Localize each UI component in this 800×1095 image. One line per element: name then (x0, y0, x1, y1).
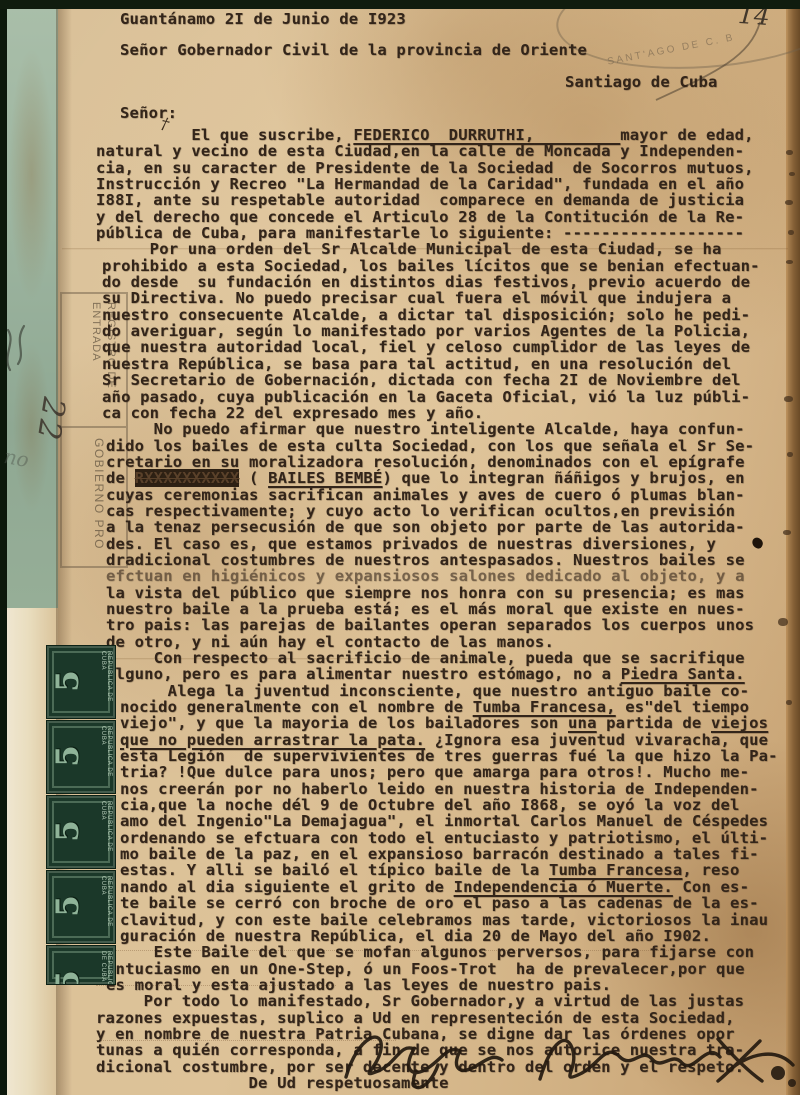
typed-text: Por una orden del Sr Alcalde Municipal d… (102, 240, 722, 258)
typed-text: efctuan en higiénicos y expansiosos salo… (106, 567, 745, 585)
book-binding-band (5, 6, 58, 608)
typed-text: cuyas ceremonias sacrifican animales y a… (106, 486, 745, 504)
stamp-country-label: REPUBLICA DE CUBA (100, 651, 112, 718)
typed-text: entuciasmo en un One-Step, ó un Foos-Tro… (106, 960, 745, 978)
postage-stamp: 5 REPUBLICA DE CUBA (46, 870, 116, 944)
stamp-country-label: REPUBLICA DE CUBA (100, 801, 112, 868)
handwritten-margin-scribble: no (2, 444, 31, 472)
typed-text: de otro, y ni aún hay el contacto de las… (106, 633, 554, 651)
letter-line: que nuestra autoridad local, fiel y celo… (102, 339, 778, 355)
letter-line: es moral y esta ajustado a las leyes de … (106, 977, 778, 993)
letter-line: Por todo lo manifestado, Sr Gobernador,y… (96, 993, 778, 1009)
letter-line: amo del Ingenio"La Demajagua", el inmort… (120, 813, 778, 829)
letter-line: estas. Y alli se bailó el típico baile d… (120, 862, 778, 878)
letter-line: cas respectivamente; y cuyo acto lo veri… (106, 503, 778, 519)
letter-line: de otro, y ni aún hay el contacto de las… (106, 634, 778, 650)
letter-line: que no pueden arrastrar la pata. ¿Ignora… (120, 732, 778, 748)
letter-line: viejo", y que la mayoria de los bailador… (120, 715, 778, 731)
letter-line: esta Legión de supervivientes de tres gu… (120, 748, 778, 764)
letter-body: El que suscribe, FEDERICO DURRUTHI, mayo… (96, 127, 778, 1091)
stamp-country-label: REPUBLICA DE CUBA (100, 876, 112, 943)
letter-line: efctuan en higiénicos y expansiosos salo… (106, 568, 778, 584)
letter-line: nocido generalmente con el nombre de Tum… (120, 699, 778, 715)
scan-top-edge (0, 0, 800, 9)
underlined-text: Tumba Francesa (549, 861, 682, 879)
postage-stamp: 5 REPUBLICA DE CUBA (46, 945, 116, 985)
ink-speck (784, 396, 793, 402)
letter-line: nos creerán por no haberlo leido en nues… (120, 781, 778, 797)
postage-stamp: 5 REPUBLICA DE CUBA (46, 645, 116, 719)
typed-text: des. El caso es, que estamos privados de… (106, 535, 716, 553)
typed-text: estas. Y alli se bailó el típico baile d… (120, 861, 549, 879)
typed-text: tro pais: las parejas de bailantes opera… (106, 616, 754, 634)
letter-line: dido los bailes de esta culta Sociedad, … (106, 438, 778, 454)
stamp-value: 5 (50, 820, 86, 842)
scan-left-edge (0, 0, 7, 1095)
letter-line: natural y vecino de esta Ciudad,en la ca… (96, 143, 778, 159)
handwritten-registry-number: 22 (29, 395, 72, 446)
scanned-letter-page: SANT'AGO DE C. B 14 † 22 no REGISTRO DE … (0, 0, 800, 1095)
letter-line: Alega la juventud inconsciente, que nues… (120, 683, 778, 699)
stamp-country-label: REPUBLICA DE CUBA (100, 726, 112, 793)
typed-text: tria? !Que dulce para unos; pero que ama… (120, 763, 749, 781)
postage-stamp: 5 REPUBLICA DE CUBA (46, 720, 116, 794)
ink-speck (786, 150, 793, 155)
typed-text: Por todo lo manifestado, Sr Gobernador,y… (96, 992, 744, 1010)
letter-line: entuciasmo en un One-Step, ó un Foos-Tro… (106, 961, 778, 977)
typed-text: Sr Secretario de Gobernación, dictada co… (102, 371, 741, 389)
underlined-text: viejos (711, 714, 768, 732)
letter-line: de RXXXXXXXXXX ( BAILES BEMBÉ) que lo in… (106, 470, 778, 486)
stamp-value: 5 (50, 970, 86, 985)
typed-text: la vista del público que siempre nos hon… (106, 584, 745, 602)
underlined-text: una (568, 714, 597, 732)
typed-text: No puedo afirmar que nuestro inteligente… (106, 420, 745, 438)
ink-speck (787, 452, 793, 457)
typed-text: año pasado, cuya publicación en la Gacet… (102, 388, 750, 406)
letter-line: nuestra República, se basa para tal acti… (102, 356, 778, 372)
stamp-value: 5 (50, 745, 86, 767)
ink-speck (786, 700, 792, 705)
letter-line: ca con fecha 22 del expresado mes y año. (102, 405, 778, 421)
postage-stamp: 5 REPUBLICA DE CUBA (46, 795, 116, 869)
underlined-text: Piedra Santa. (621, 665, 745, 683)
letter-line: nuestro baile a la prueba está; es el má… (106, 601, 778, 617)
letter-line: cretario en su moralizadora resolución, … (106, 454, 778, 470)
letter-line: nando al dia siguiente el grito de Indep… (120, 879, 778, 895)
ink-speck (778, 618, 788, 626)
underlined-text: BAILES BEMBÉ (268, 469, 382, 487)
typed-text: clavitud, y con este baile celebramos ma… (120, 911, 768, 929)
torn-right-edge (786, 0, 800, 1095)
letter-line: prohibido a esta Sociedad, los bailes lí… (102, 258, 778, 274)
typed-text: de (106, 469, 135, 487)
letter-line: tro pais: las parejas de bailantes opera… (106, 617, 778, 633)
typed-text: natural y vecino de esta Ciudad,en la ca… (96, 142, 744, 160)
letter-line: do desde su fundación en distintos dias … (102, 274, 778, 290)
typed-text: amo del Ingenio"La Demajagua", el inmort… (120, 812, 768, 830)
letter-line: su Directiva. No puedo precisar cual fue… (102, 290, 778, 306)
signature-handwriting (288, 1013, 800, 1095)
letter-line: a la tenaz persecusión de que son objeto… (106, 519, 778, 535)
letter-line: Este Baile del que se mofan algunos perv… (106, 944, 778, 960)
letter-addressee: Señor Gobernador Civil de la provincia d… (120, 41, 587, 59)
typed-text: que nuestra autoridad local, fiel y celo… (102, 338, 750, 356)
letter-line: Instrucción y Recreo "La Hermandad de la… (96, 176, 778, 192)
ink-speck (786, 260, 793, 264)
letter-line: nuestro consecuente Alcalde, a dictar ta… (102, 307, 778, 323)
letter-line: Por una orden del Sr Alcalde Municipal d… (102, 241, 778, 257)
letter-line: te baile se cerró con broche de oro el p… (120, 895, 778, 911)
typed-text: ( (239, 469, 268, 487)
typed-text: alguno, pero es para alimentar nuestro e… (106, 665, 621, 683)
letter-line: guración de nuestra República, el dia 20… (120, 928, 778, 944)
typed-text: cia, en su caracter de Presidente de la … (96, 159, 754, 177)
letter-line: ordenando se efctuara con todo el entuci… (120, 830, 778, 846)
typed-text: Este Baile del que se mofan algunos perv… (106, 943, 754, 961)
stamp-value: 5 (50, 895, 86, 917)
stamp-country-label: REPUBLICA DE CUBA (100, 951, 112, 985)
margin-pencil-scribble (0, 312, 48, 374)
letter-line: Sr Secretario de Gobernación, dictada co… (102, 372, 778, 388)
letter-place-date: Guantánamo 2I de Junio de I923 (120, 10, 406, 28)
letter-line: No puedo afirmar que nuestro inteligente… (106, 421, 778, 437)
letter-line: cuyas ceremonias sacrifican animales y a… (106, 487, 778, 503)
letter-line: clavitud, y con este baile celebramos ma… (120, 912, 778, 928)
letter-line: cia, en su caracter de Presidente de la … (96, 160, 778, 176)
letter-line: alguno, pero es para alimentar nuestro e… (106, 666, 778, 682)
typed-text: a la tenaz persecusión de que son objeto… (106, 518, 745, 536)
typed-text: te baile se cerró con broche de oro el p… (120, 894, 759, 912)
ink-speck (783, 530, 791, 535)
redacted-text: RXXXXXXXXXX (135, 469, 240, 487)
letter-line: I88I, ante su respetable autoridad compa… (96, 192, 778, 208)
typed-text: I88I, ante su respetable autoridad compa… (96, 191, 744, 209)
typed-text: , reso (682, 861, 739, 879)
typed-text: Alega la juventud inconsciente, que nues… (120, 682, 749, 700)
ink-speck (789, 172, 795, 176)
letter-line: dradicional costumbres de nuestros antes… (106, 552, 778, 568)
stamp-value: 5 (50, 670, 86, 692)
letter-line: año pasado, cuya publicación en la Gacet… (102, 389, 778, 405)
letter-line: des. El caso es, que estamos privados de… (106, 536, 778, 552)
typed-text: viejo", y que la mayoria de los bailador… (120, 714, 568, 732)
letter-line: cia,que la noche dél 9 de Octubre del añ… (120, 797, 778, 813)
letter-line: y del derecho que concede el Articulo 28… (96, 209, 778, 225)
typed-text: dido los bailes de esta culta Sociedad, … (106, 437, 754, 455)
letter-line: El que suscribe, FEDERICO DURRUTHI, mayo… (96, 127, 778, 143)
ink-speck (788, 230, 794, 235)
typed-text: su Directiva. No puedo precisar cual fue… (102, 289, 731, 307)
letter-city: Santiago de Cuba (565, 73, 718, 91)
letter-line: la vista del público que siempre nos hon… (106, 585, 778, 601)
typed-text: partida de (597, 714, 711, 732)
letter-line: tria? !Que dulce para unos; pero que ama… (120, 764, 778, 780)
letter-line: Con respecto al sacrificio de animale, p… (106, 650, 778, 666)
typed-text: ) que lo integran ñáñigos y brujos, en (382, 469, 744, 487)
ink-speck (785, 200, 793, 205)
letter-line: pública de Cuba, para manifestarle lo si… (96, 225, 778, 241)
